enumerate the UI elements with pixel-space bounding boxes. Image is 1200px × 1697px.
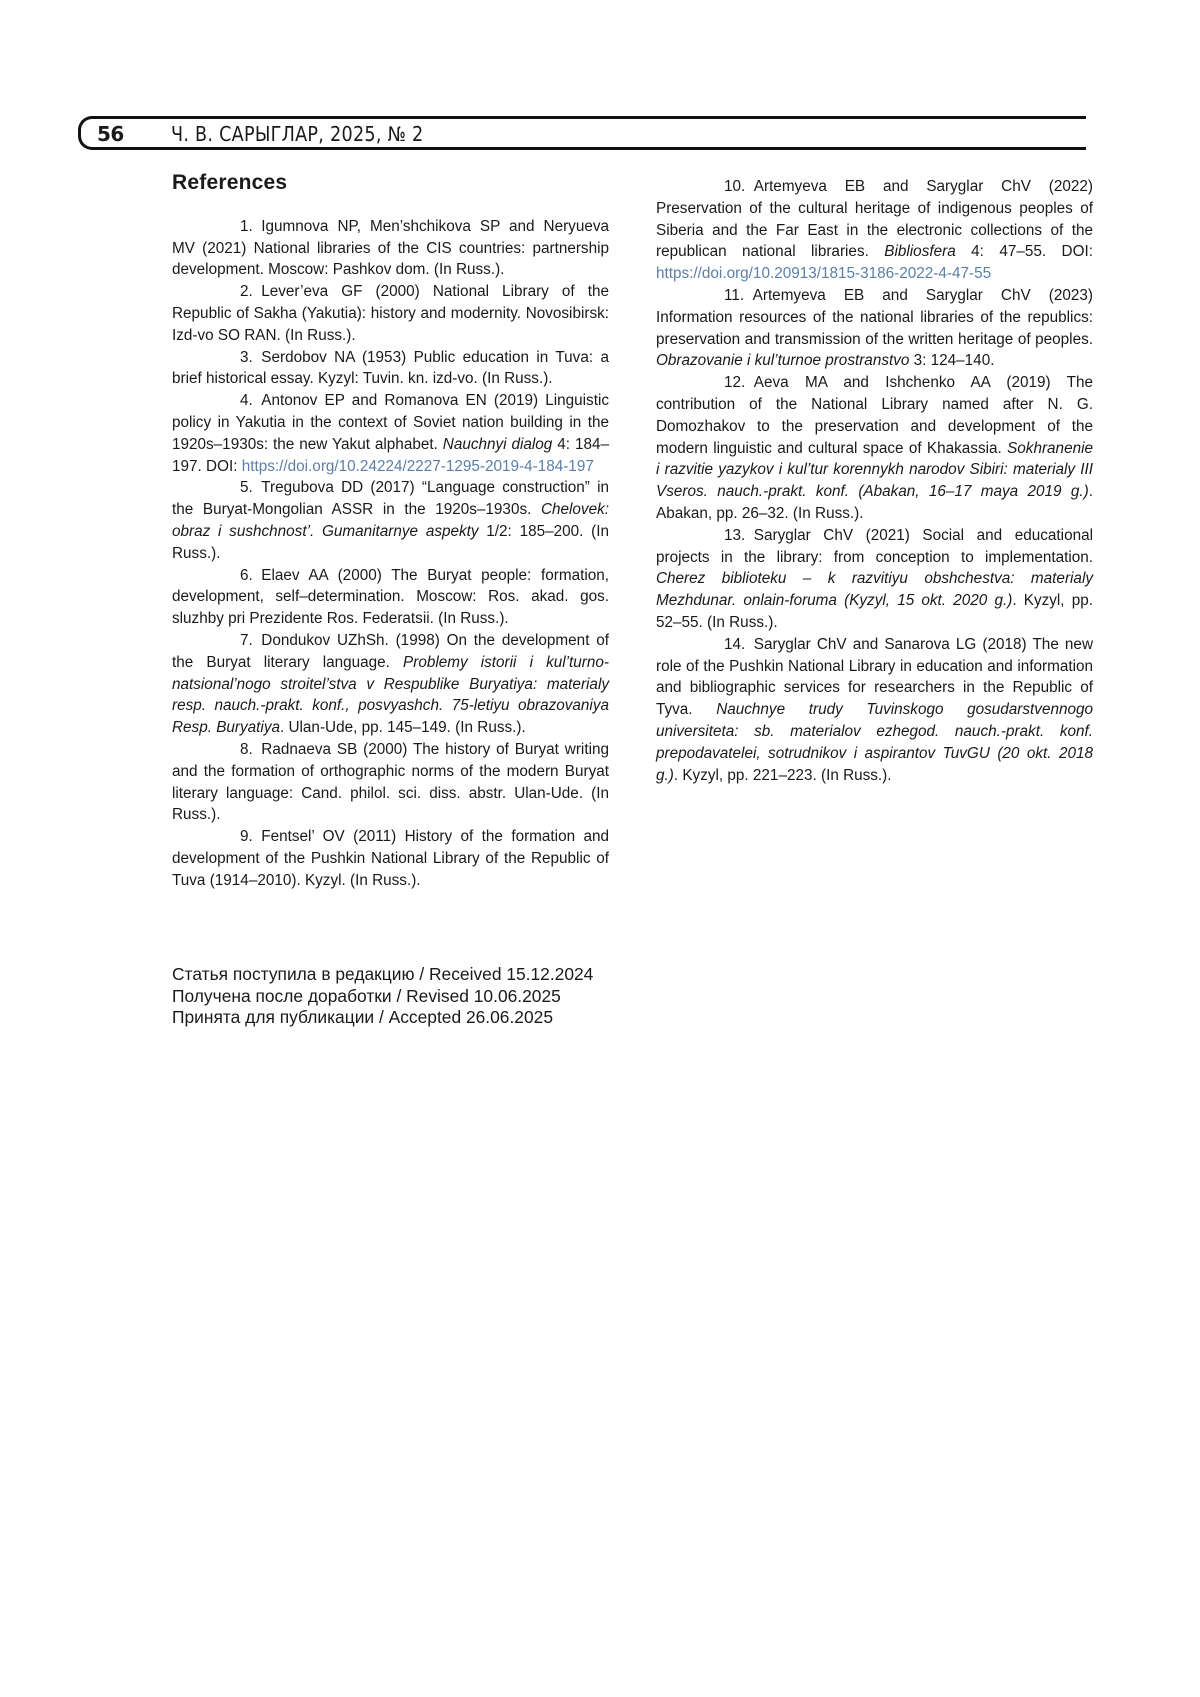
reference-item: 9. Fentsel’ OV (2011) History of the for…: [172, 826, 609, 891]
reference-number: 13.: [690, 525, 754, 547]
reference-number: 2.: [206, 281, 261, 303]
reference-item: 10. Artemyeva EB and Saryglar ChV (2022)…: [656, 176, 1093, 285]
reference-details: 3: 124–140.: [909, 352, 994, 369]
reference-source-title: Bibliosfera: [884, 243, 955, 260]
reference-item: 2. Lever’eva GF (2000) National Library …: [172, 281, 609, 346]
reference-number: 5.: [206, 477, 261, 499]
reference-details: . Kyzyl, pp. 221–223. (In Russ.).: [674, 767, 892, 784]
reference-number: 8.: [206, 739, 261, 761]
reference-number: 1.: [206, 216, 261, 238]
reference-number: 3.: [206, 347, 261, 369]
reference-number: 4.: [206, 390, 261, 412]
reference-number: 14.: [690, 634, 754, 656]
reference-item: 7. Dondukov UZhSh. (1998) On the develop…: [172, 630, 609, 739]
reference-details: 4: 47–55.: [956, 243, 1046, 260]
doi-link[interactable]: https://doi.org/10.20913/1815-3186-2022-…: [656, 265, 991, 282]
doi-label: DOI:: [1046, 243, 1093, 260]
reference-item: 6. Elaev AA (2000) The Buryat people: fo…: [172, 565, 609, 630]
reference-item: 8. Radnaeva SB (2000) The history of Bur…: [172, 739, 609, 826]
references-column-right: 10. Artemyeva EB and Saryglar ChV (2022)…: [656, 176, 1093, 786]
reference-item: 5. Tregubova DD (2017) “Language constru…: [172, 477, 609, 564]
article-dates: Статья поступила в редакцию / Received 1…: [172, 964, 593, 1029]
reference-number: 11.: [690, 285, 753, 307]
accepted-date: Принята для публикации / Accepted 26.06.…: [172, 1007, 593, 1029]
reference-list-left: 1. Igumnova NP, Men’shchikova SP and Ner…: [172, 216, 609, 892]
reference-item: 3. Serdobov NA (1953) Public education i…: [172, 347, 609, 391]
running-head: 56 Ч. В. САРЫГЛАР, 2025, № 2: [78, 116, 1086, 150]
doi-label: DOI:: [202, 458, 242, 475]
reference-number: 12.: [690, 372, 754, 394]
references-column-left: References 1. Igumnova NP, Men’shchikova…: [172, 172, 609, 892]
revised-date: Получена после доработки / Revised 10.06…: [172, 986, 593, 1008]
reference-item: 11. Artemyeva EB and Saryglar ChV (2023)…: [656, 285, 1093, 372]
reference-number: 6.: [206, 565, 261, 587]
references-title: References: [172, 172, 609, 194]
reference-number: 10.: [690, 176, 754, 198]
reference-number: 7.: [206, 630, 261, 652]
doi-link[interactable]: https://doi.org/10.24224/2227-1295-2019-…: [242, 458, 594, 475]
reference-source-title: Nauchnyi dialog: [443, 436, 553, 453]
reference-item: 12. Aeva MA and Ishchenko AA (2019) The …: [656, 372, 1093, 525]
running-title: Ч. В. САРЫГЛАР, 2025, № 2: [171, 122, 423, 146]
reference-item: 13. Saryglar ChV (2021) Social and educa…: [656, 525, 1093, 634]
received-date: Статья поступила в редакцию / Received 1…: [172, 964, 593, 986]
reference-number: 9.: [206, 826, 261, 848]
reference-list-right: 10. Artemyeva EB and Saryglar ChV (2022)…: [656, 176, 1093, 786]
page-number: 56: [97, 122, 124, 146]
reference-details: . Ulan-Ude, pp. 145–149. (In Russ.).: [280, 719, 526, 736]
reference-item: 1. Igumnova NP, Men’shchikova SP and Ner…: [172, 216, 609, 281]
reference-source-title: Obrazovanie i kul’turnoe prostranstvo: [656, 352, 909, 369]
reference-item: 4. Antonov EP and Romanova EN (2019) Lin…: [172, 390, 609, 477]
reference-item: 14. Saryglar ChV and Sanarova LG (2018) …: [656, 634, 1093, 787]
